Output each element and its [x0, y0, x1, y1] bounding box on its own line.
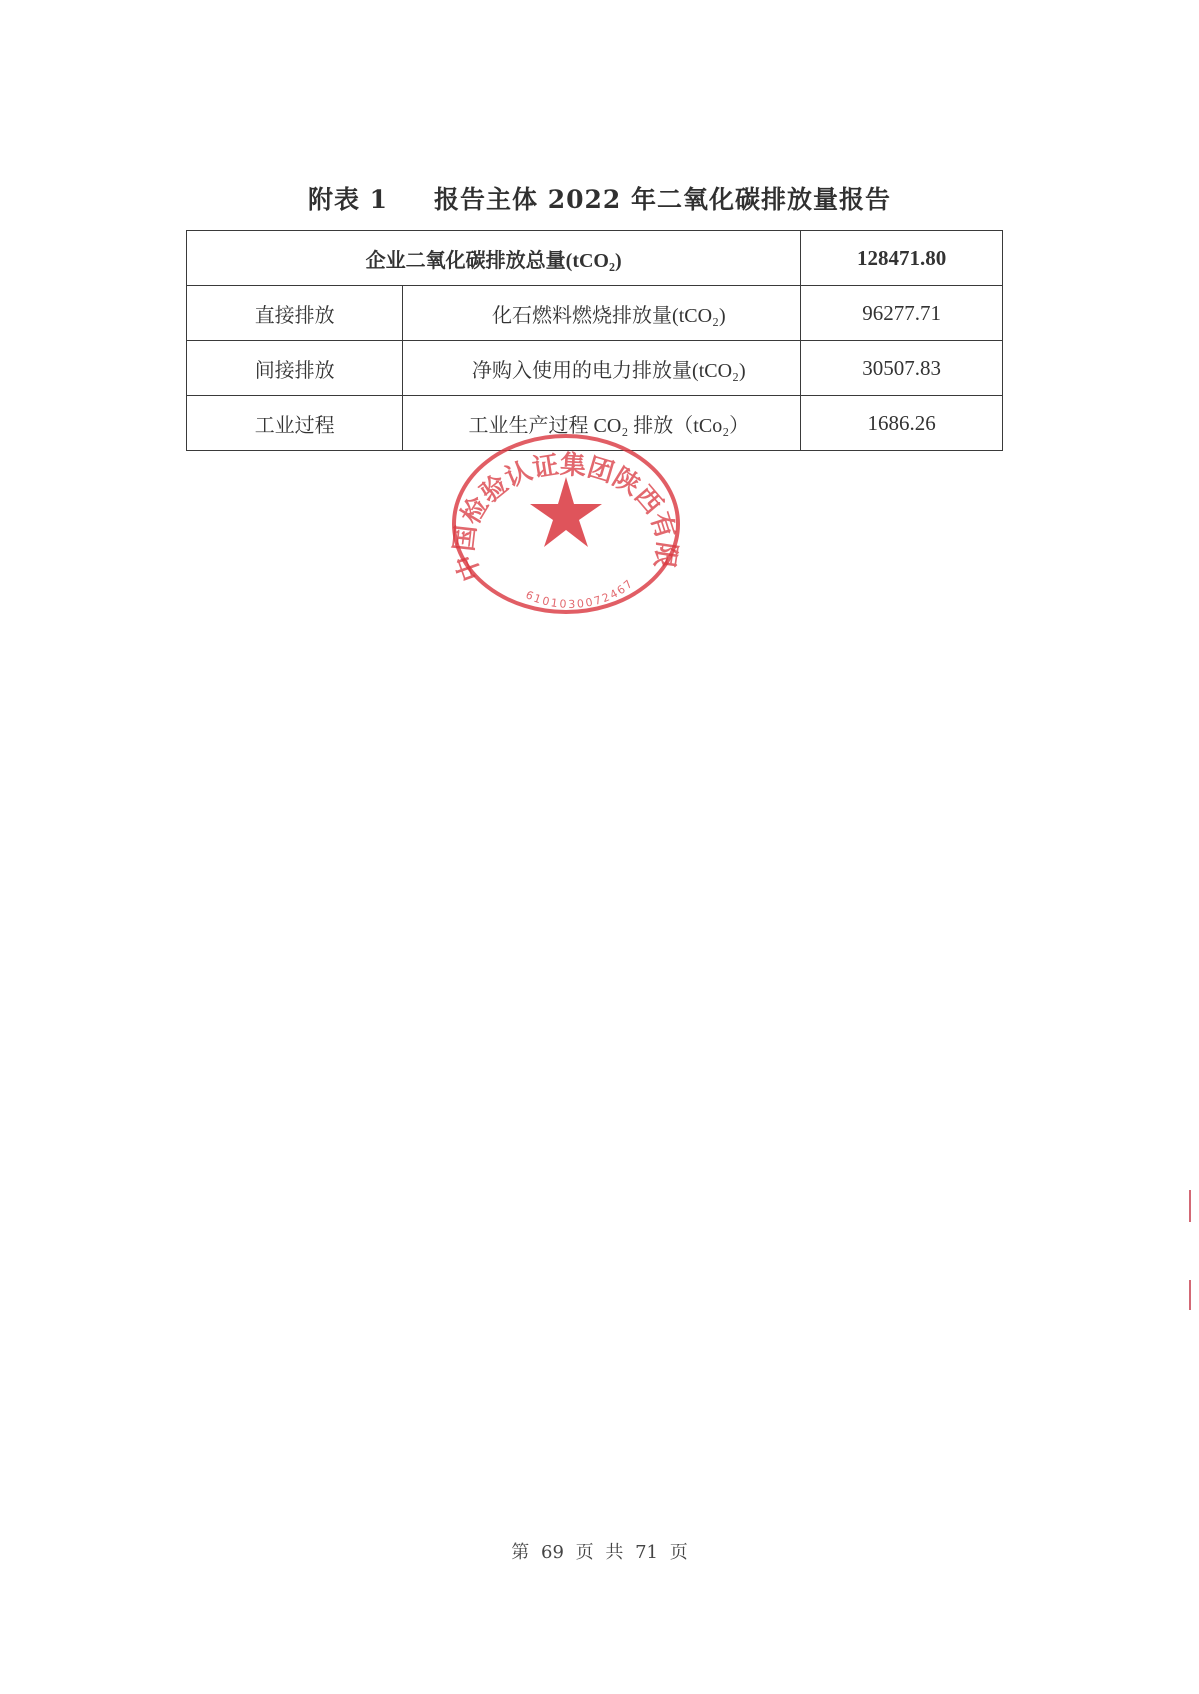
table-row: 间接排放 净购入使用的电力排放量(tCO₂) 30507.83: [187, 341, 1003, 396]
document-title: 附表 1报告主体 2022 年二氧化碳排放量报告: [0, 180, 1199, 216]
row-value: 30507.83: [801, 341, 1003, 396]
appendix-label: 附表 1: [308, 185, 388, 214]
table-row: 直接排放 化石燃料燃烧排放量(tCO₂) 96277.71: [187, 286, 1003, 341]
svg-text:中国检验认证集团陕西有限公司: 中国检验认证集团陕西有限公司: [446, 432, 681, 585]
row-category: 间接排放: [187, 341, 403, 396]
report-title: 报告主体 2022 年二氧化碳排放量报告: [434, 185, 891, 214]
total-value: 128471.80: [801, 231, 1003, 286]
row-item: 工业生产过程 CO₂ 排放（tCo₂）: [403, 396, 801, 451]
scan-edge-mark: [1189, 1280, 1191, 1310]
row-item: 净购入使用的电力排放量(tCO₂): [403, 341, 801, 396]
table-row: 工业过程 工业生产过程 CO₂ 排放（tCo₂） 1686.26: [187, 396, 1003, 451]
seal-code: 6101030072467: [524, 576, 637, 611]
row-value: 96277.71: [801, 286, 1003, 341]
svg-text:6101030072467: 6101030072467: [524, 576, 637, 611]
scan-edge-mark: [1189, 1190, 1191, 1222]
company-seal-stamp: 中国检验认证集团陕西有限公司 6101030072467: [446, 432, 686, 617]
seal-text: 中国检验认证集团陕西有限公司: [446, 432, 681, 585]
row-value: 1686.26: [801, 396, 1003, 451]
row-category: 工业过程: [187, 396, 403, 451]
row-category: 直接排放: [187, 286, 403, 341]
page-number: 第 69 页 共 71 页: [0, 1538, 1199, 1564]
star-icon: [530, 477, 602, 547]
table-row-total: 企业二氧化碳排放总量(tCO₂) 128471.80: [187, 231, 1003, 286]
row-item: 化石燃料燃烧排放量(tCO₂): [403, 286, 801, 341]
emissions-table: 企业二氧化碳排放总量(tCO₂) 128471.80 直接排放 化石燃料燃烧排放…: [186, 230, 1003, 451]
total-label: 企业二氧化碳排放总量(tCO₂): [187, 231, 801, 286]
